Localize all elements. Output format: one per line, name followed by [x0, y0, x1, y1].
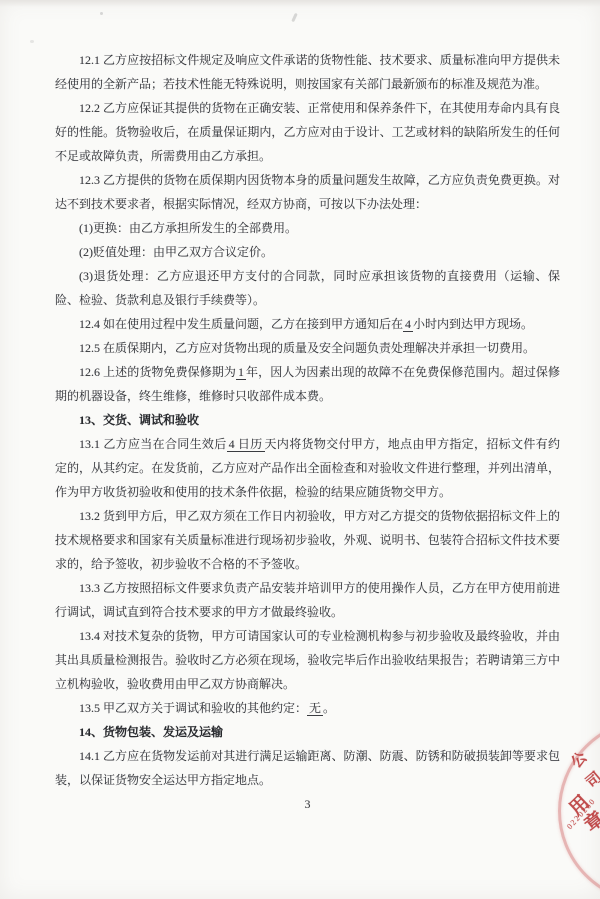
contract-body: 12.1 乙方应按招标文件规定及响应文件承诺的货物性能、技术要求、质量标准向甲方… — [55, 48, 560, 816]
filled-blank: 1 — [236, 365, 246, 380]
clause-text: 。 — [323, 701, 335, 715]
clause-paragraph: (2)贬值处理：由甲乙双方合议定价。 — [55, 240, 560, 264]
clause-text: 13.3 乙方按照招标文件要求负责产品安装并培训甲方的使用操作人员，乙方在甲方使… — [55, 581, 560, 619]
page-number: 3 — [55, 792, 560, 816]
seal-character: 公 — [566, 747, 592, 772]
scan-speckle — [30, 40, 34, 43]
seal-character: 司 — [581, 767, 600, 793]
clause-paragraph: 13.1 乙方应当在合同生效后4 日历天内将货物交付甲方，地点由甲方指定，招标文… — [55, 432, 560, 504]
filled-blank: 4 日历 — [227, 437, 265, 452]
scan-speckle — [291, 13, 298, 22]
clause-paragraph: 12.1 乙方应按招标文件规定及响应文件承诺的货物性能、技术要求、质量标准向甲方… — [55, 48, 560, 96]
scan-edge-shadow — [0, 0, 600, 7]
clause-text: (1)更换：由乙方承担所发生的全部费用。 — [79, 221, 297, 235]
clause-text: 12.2 乙方应保证其提供的货物在正确安装、正常使用和保养条件下，在其使用寿命内… — [55, 101, 560, 163]
scanned-contract-page: 12.1 乙方应按招标文件规定及响应文件承诺的货物性能、技术要求、质量标准向甲方… — [0, 0, 600, 899]
clause-text: 12.3 乙方提供的货物在质保期内因货物本身的质量问题发生故障，乙方应负责免费更… — [55, 173, 560, 211]
clause-text: (2)贬值处理：由甲乙双方合议定价。 — [79, 245, 273, 259]
clause-paragraph: 12.4 如在使用过程中发生质量问题，乙方在接到甲方通知后在4小时内到达甲方现场… — [55, 312, 560, 336]
clause-text: 13.4 对技术复杂的货物，甲方可请国家认可的专业检测机构参与初步验收及最终验收… — [55, 629, 560, 691]
scan-speckle — [100, 12, 103, 15]
filled-blank: 无 — [307, 701, 323, 716]
clause-text: (3)退货处理：乙方应退还甲方支付的合同款，同时应承担该货物的直接费用（运输、保… — [55, 269, 560, 307]
clause-text: 14、货物包装、发运及运输 — [79, 725, 223, 739]
clause-paragraph: 13.3 乙方按照招标文件要求负责产品安装并培训甲方的使用操作人员，乙方在甲方使… — [55, 576, 560, 624]
clause-paragraph: 12.5 在质保期内，乙方应对货物出现的质量及安全问题负责处理解决并承担一切费用… — [55, 336, 560, 360]
clause-text: 13、交货、调试和验收 — [79, 413, 199, 427]
clause-text: 12.4 如在使用过程中发生质量问题，乙方在接到甲方通知后在 — [79, 317, 403, 331]
clause-text: 13.5 甲乙双方关于调试和验收的其他约定： — [79, 701, 307, 715]
clause-paragraph: 13.5 甲乙双方关于调试和验收的其他约定：无。 — [55, 696, 560, 720]
company-seal-stamp: 公 司 用 章 0220260 — [558, 718, 600, 899]
clause-paragraph: (1)更换：由乙方承担所发生的全部费用。 — [55, 216, 560, 240]
clause-paragraph: 13.4 对技术复杂的货物，甲方可请国家认可的专业检测机构参与初步验收及最终验收… — [55, 624, 560, 696]
clause-text: 14.1 乙方应在货物发运前对其进行满足运输距离、防潮、防震、防锈和防破损装卸等… — [55, 749, 560, 787]
clause-text: 小时内到达甲方现场。 — [413, 317, 533, 331]
clause-text: 13.1 乙方应当在合同生效后 — [79, 437, 227, 451]
clause-paragraph: (3)退货处理：乙方应退还甲方支付的合同款，同时应承担该货物的直接费用（运输、保… — [55, 264, 560, 312]
clause-paragraph: 14.1 乙方应在货物发运前对其进行满足运输距离、防潮、防震、防锈和防破损装卸等… — [55, 744, 560, 792]
clause-paragraph: 12.2 乙方应保证其提供的货物在正确安装、正常使用和保养条件下，在其使用寿命内… — [55, 96, 560, 168]
clause-text: 12.5 在质保期内，乙方应对货物出现的质量及安全问题负责处理解决并承担一切费用… — [79, 341, 535, 355]
clause-text: 12.6 上述的货物免费保修期为 — [79, 365, 236, 379]
clause-paragraph: 12.6 上述的货物免费保修期为1年，因人为因素出现的故障不在免费保修范围内。超… — [55, 360, 560, 408]
clause-paragraph: 12.3 乙方提供的货物在质保期内因货物本身的质量问题发生故障，乙方应负责免费更… — [55, 168, 560, 216]
section-heading: 13、交货、调试和验收 — [55, 408, 560, 432]
clause-paragraph: 13.2 货到甲方后，甲乙双方须在工作日内初验收，甲方对乙方提交的货物依据招标文… — [55, 504, 560, 576]
filled-blank: 4 — [403, 317, 413, 332]
clause-text: 13.2 货到甲方后，甲乙双方须在工作日内初验收，甲方对乙方提交的货物依据招标文… — [55, 509, 560, 571]
clause-text: 12.1 乙方应按招标文件规定及响应文件承诺的货物性能、技术要求、质量标准向甲方… — [55, 53, 560, 91]
section-heading: 14、货物包装、发运及运输 — [55, 720, 560, 744]
